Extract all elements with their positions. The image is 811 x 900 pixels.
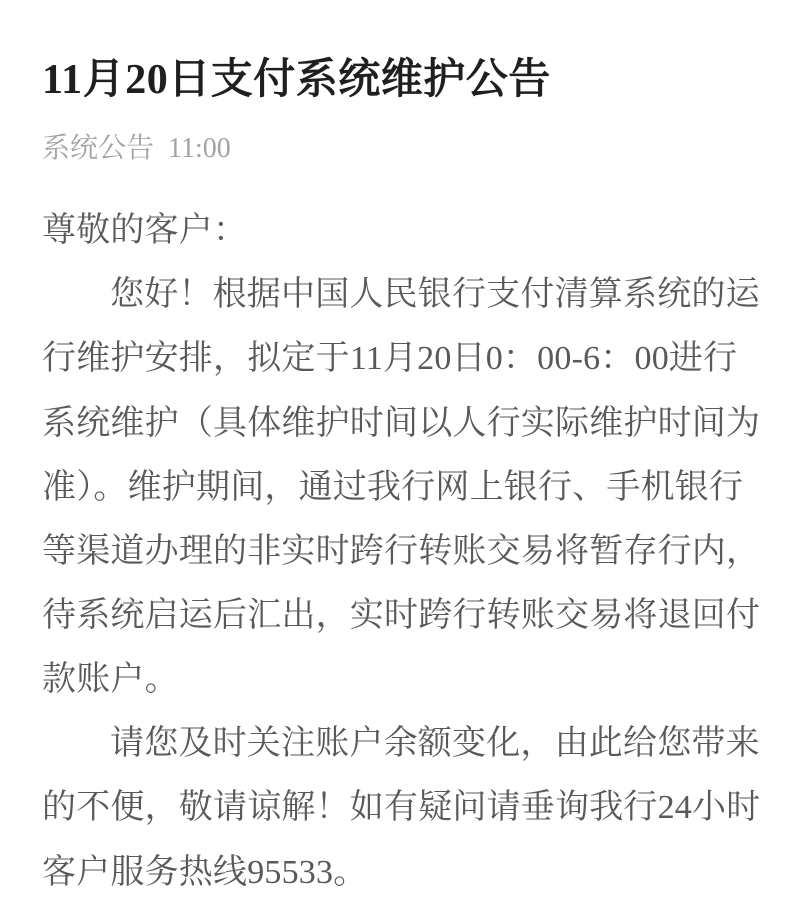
- numeral: 20: [417, 340, 451, 377]
- numeral: 11:00: [168, 133, 231, 164]
- numeral: 00: [635, 340, 669, 377]
- numeral: 00-6: [537, 340, 600, 377]
- numeral: 11: [42, 57, 83, 103]
- numeral: 24: [658, 789, 692, 826]
- page-title: 11月20日支付系统维护公告: [42, 54, 769, 105]
- salutation-line: 尊敬的客户：: [42, 198, 769, 262]
- announcement-source-label: 系统公告: [42, 132, 154, 163]
- body-paragraph: 请您及时关注账户余额变化，由此给您带来的不便，敬请谅解！如有疑问请垂询我行24小…: [42, 711, 769, 900]
- numeral: 95533: [247, 854, 333, 891]
- numeral: 0: [486, 340, 503, 377]
- body-paragraph: 您好！根据中国人民银行支付清算系统的运行维护安排，拟定于11月20日0：00-6…: [42, 262, 769, 711]
- announcement-body: 尊敬的客户： 您好！根据中国人民银行支付清算系统的运行维护安排，拟定于11月20…: [42, 198, 769, 900]
- numeral: 20: [125, 57, 168, 103]
- announcement-meta: 系统公告11:00: [42, 131, 769, 166]
- announcement-timestamp: 11:00: [168, 132, 231, 163]
- numeral: 11: [350, 340, 383, 377]
- announcement-page: 11月20日支付系统维护公告 系统公告11:00 尊敬的客户： 您好！根据中国人…: [0, 0, 811, 900]
